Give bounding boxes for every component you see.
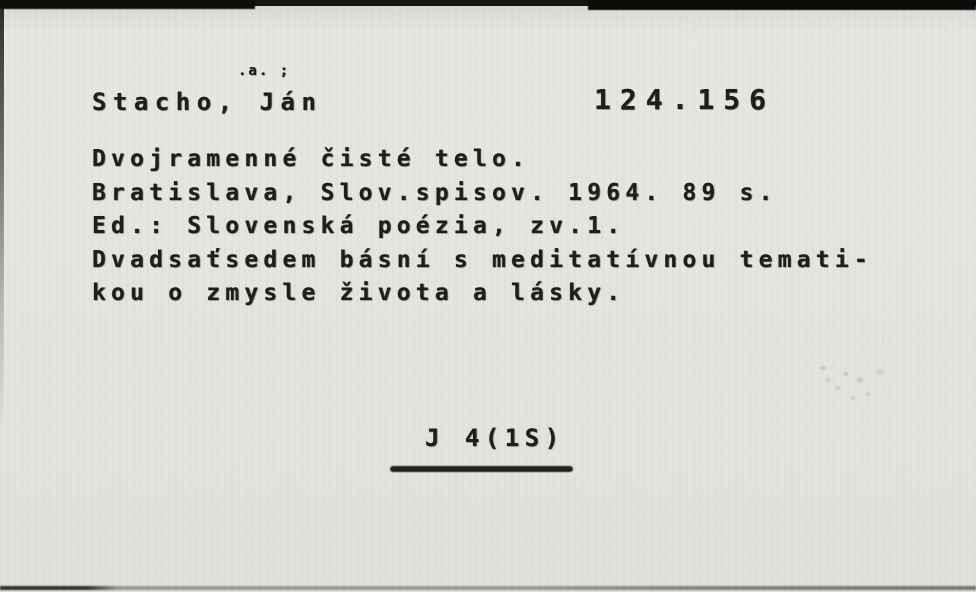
- ink-smudge: [798, 350, 903, 412]
- shelf-mark-underline: [390, 466, 573, 472]
- scan-edge-left: [0, 0, 4, 430]
- call-number: 124.156: [594, 83, 775, 116]
- title-line: Dvojramenné čisté telo.: [92, 143, 873, 177]
- author-annotation: .a. ;: [238, 63, 290, 79]
- note-line-1: Dvadsaťsedem básní s meditatívnou temati…: [92, 244, 873, 278]
- scan-edge-bottom: [0, 586, 976, 590]
- shelf-mark: J 4(1S): [425, 424, 565, 452]
- note-line-2: kou o zmysle života a lásky.: [92, 277, 873, 311]
- scan-edge-top-right: [588, 0, 976, 10]
- scan-edge-top-left: [0, 0, 255, 9]
- series-line: Ed.: Slovenská poézia, zv.1.: [92, 210, 873, 244]
- catalog-card: .a. ; Stacho, Ján 124.156 Dvojramenné či…: [0, 0, 976, 592]
- bibliographic-description: Dvojramenné čisté telo. Bratislava, Slov…: [92, 143, 873, 311]
- author-heading: Stacho, Ján: [92, 88, 322, 116]
- imprint-line: Bratislava, Slov.spisov. 1964. 89 s.: [92, 177, 873, 211]
